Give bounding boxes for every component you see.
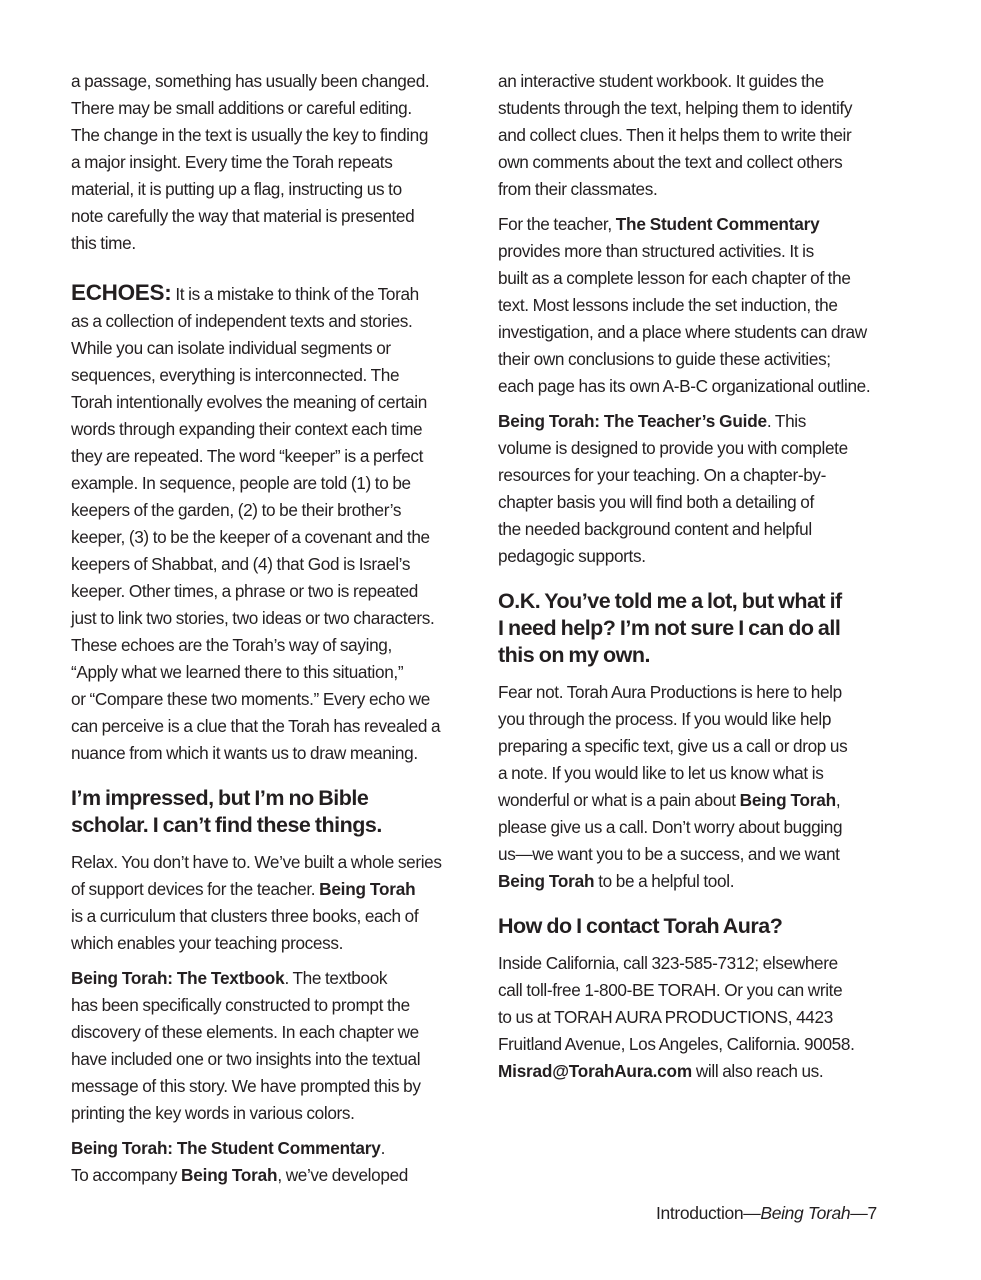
being-torah-emphasis: Being Torah bbox=[319, 879, 415, 899]
being-torah-emphasis: Being Torah bbox=[181, 1165, 277, 1185]
echoes-label: ECHOES: bbox=[71, 280, 171, 305]
for-teacher-paragraph: For the teacher, The Student Commentary … bbox=[498, 211, 898, 400]
document-page: a passage, something has usually been ch… bbox=[0, 0, 981, 1280]
help-heading: O.K. You’ve told me a lot, but what if I… bbox=[498, 588, 898, 669]
textbook-title: Being Torah: The Textbook bbox=[71, 968, 284, 988]
textbook-paragraph: Being Torah: The Textbook. The textbook … bbox=[71, 965, 471, 1127]
student-commentary-title: Being Torah: The Student Commentary bbox=[71, 1138, 381, 1158]
workbook-paragraph: an interactive student workbook. It guid… bbox=[498, 68, 898, 203]
student-commentary-paragraph: Being Torah: The Student Commentary. To … bbox=[71, 1135, 471, 1189]
teachers-guide-title: Being Torah: The Teacher’s Guide bbox=[498, 411, 767, 431]
echoes-paragraph: ECHOES: It is a mistake to think of the … bbox=[71, 279, 471, 767]
contact-paragraph: Inside California, call 323-585-7312; el… bbox=[498, 950, 898, 1085]
relax-paragraph: Relax. You don’t have to. We’ve built a … bbox=[71, 849, 471, 957]
left-column: a passage, something has usually been ch… bbox=[71, 68, 471, 1197]
footer-book-title: Being Torah bbox=[760, 1203, 850, 1223]
fear-not-paragraph: Fear not. Torah Aura Productions is here… bbox=[498, 679, 898, 895]
page-footer: Introduction—Being Torah—7 bbox=[656, 1203, 877, 1224]
being-torah-emphasis: Being Torah bbox=[740, 790, 836, 810]
impressed-heading: I’m impressed, but I’m no Bible scholar.… bbox=[71, 785, 471, 839]
student-commentary-emphasis: The Student Commentary bbox=[616, 214, 820, 234]
teachers-guide-paragraph: Being Torah: The Teacher’s Guide. This v… bbox=[498, 408, 898, 570]
footer-section: Introduction— bbox=[656, 1203, 760, 1223]
right-column: an interactive student workbook. It guid… bbox=[498, 68, 898, 1093]
contact-heading: How do I contact Torah Aura? bbox=[498, 913, 898, 940]
being-torah-emphasis: Being Torah bbox=[498, 871, 594, 891]
intro-paragraph: a passage, something has usually been ch… bbox=[71, 68, 471, 257]
contact-email: Misrad@TorahAura.com bbox=[498, 1061, 692, 1081]
page-number: —7 bbox=[850, 1203, 877, 1223]
